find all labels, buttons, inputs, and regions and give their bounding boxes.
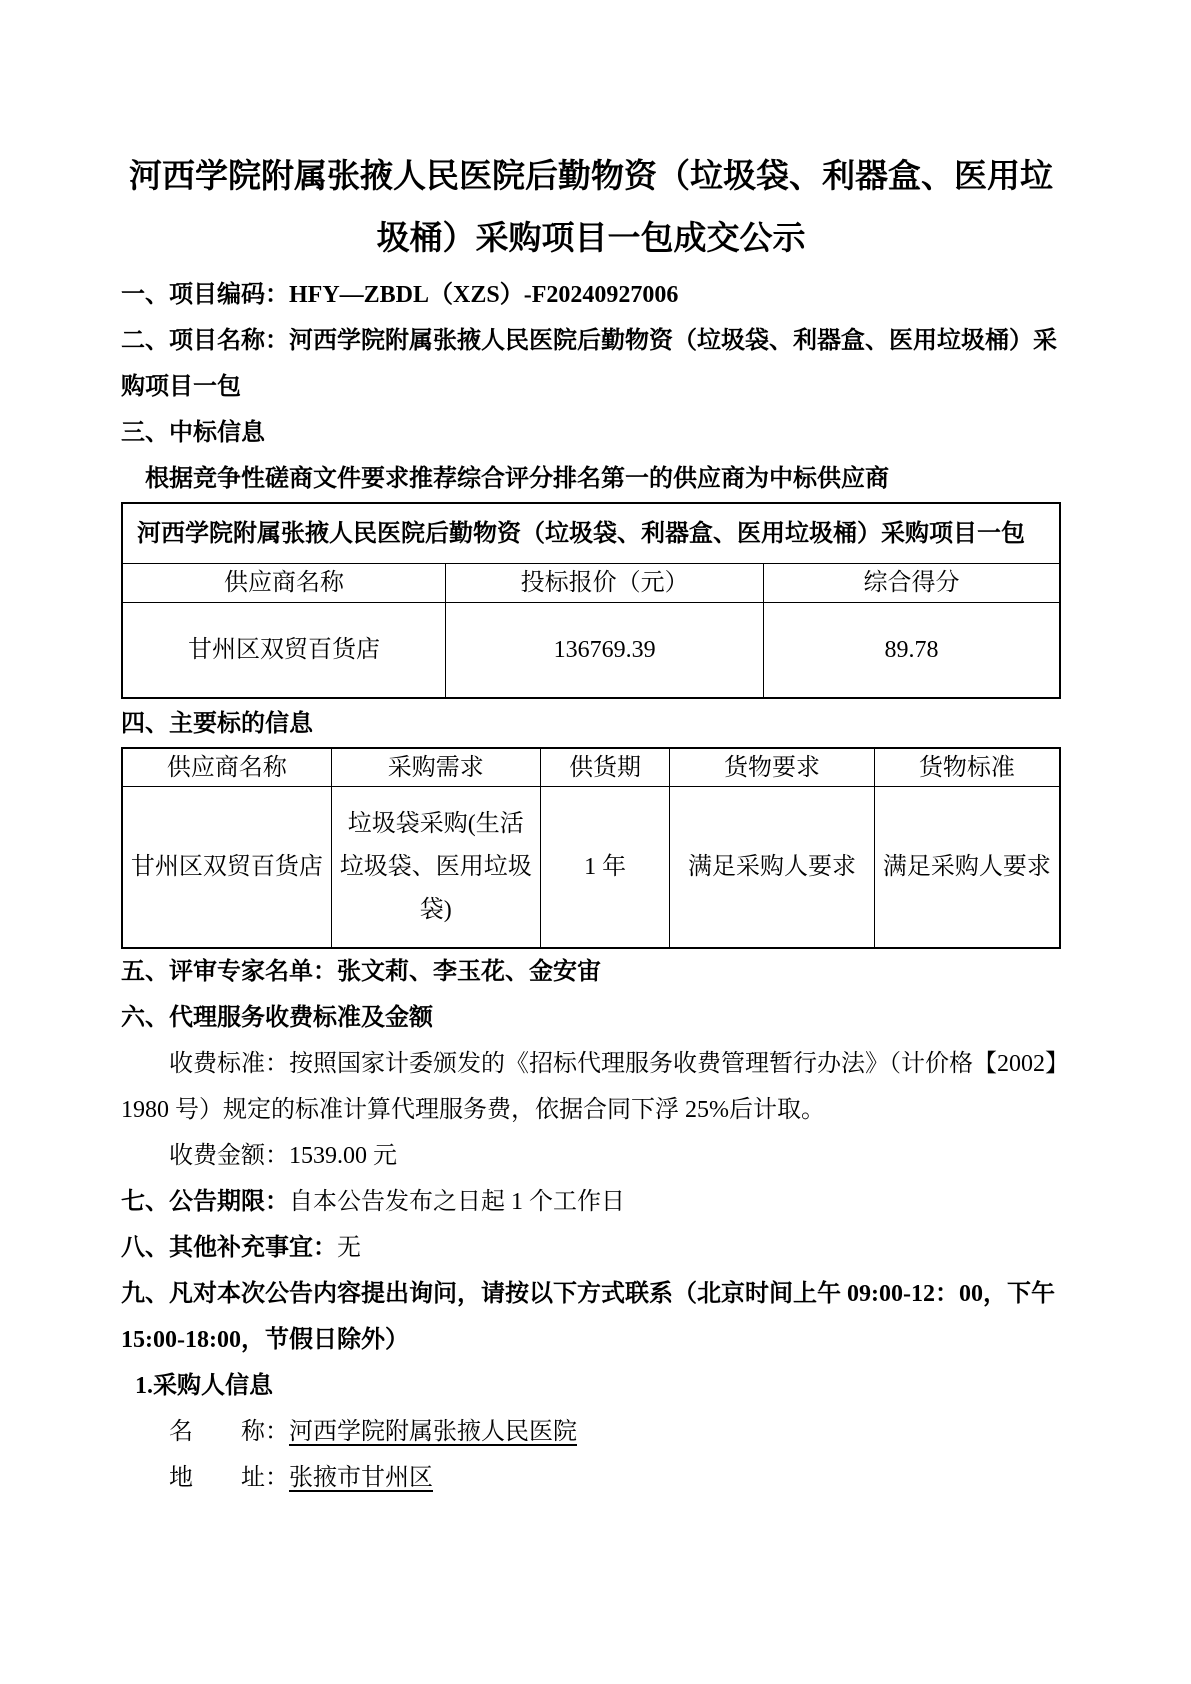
- subject-cell-demand: 垃圾袋采购(生活垃圾袋、医用垃圾袋): [331, 787, 540, 949]
- purchaser-address-label: 地 址：: [169, 1465, 289, 1491]
- subject-table-header-row: 供应商名称 采购需求 供货期 货物要求 货物标准: [122, 748, 1060, 787]
- section-project-code: 一、项目编码：HFY—ZBDL（XZS）-F20240927006: [121, 272, 1061, 318]
- experts-label: 五、评审专家名单：: [121, 959, 337, 985]
- section-other-matters: 八、其他补充事宜：无: [121, 1225, 1061, 1271]
- award-header-score: 综合得分: [764, 564, 1060, 603]
- other-matters-label: 八、其他补充事宜：: [121, 1235, 337, 1261]
- award-cell-supplier: 甘州区双贸百货店: [122, 603, 446, 699]
- award-table-row: 甘州区双贸百货店 136769.39 89.78: [122, 603, 1060, 699]
- purchaser-name-row: 名 称：河西学院附属张掖人民医院: [121, 1409, 1061, 1455]
- award-table: 河西学院附属张掖人民医院后勤物资（垃圾袋、利器盒、医用垃圾桶）采购项目一包 供应…: [121, 502, 1061, 699]
- announcement-period-value: 自本公告发布之日起 1 个工作日: [289, 1189, 625, 1215]
- subject-header-demand: 采购需求: [331, 748, 540, 787]
- section-subject-info-heading: 四、主要标的信息: [121, 701, 1061, 747]
- award-table-title: 河西学院附属张掖人民医院后勤物资（垃圾袋、利器盒、医用垃圾桶）采购项目一包: [122, 503, 1060, 564]
- project-code-label: 一、项目编码：: [121, 282, 289, 308]
- subject-cell-goods-requirement: 满足采购人要求: [670, 787, 874, 949]
- subject-cell-delivery-period: 1 年: [540, 787, 669, 949]
- subject-table: 供应商名称 采购需求 供货期 货物要求 货物标准 甘州区双贸百货店 垃圾袋采购(…: [121, 747, 1061, 949]
- agency-fee-standard: 收费标准：按照国家计委颁发的《招标代理服务收费管理暂行办法》（计价格【2002】…: [121, 1041, 1061, 1133]
- subject-header-goods-standard: 货物标准: [874, 748, 1060, 787]
- purchaser-address-value: 张掖市甘州区: [289, 1465, 433, 1491]
- award-header-bid-price: 投标报价（元）: [446, 564, 764, 603]
- section-announcement-period: 七、公告期限：自本公告发布之日起 1 个工作日: [121, 1179, 1061, 1225]
- subject-cell-goods-standard: 满足采购人要求: [874, 787, 1060, 949]
- award-basis-note: 根据竞争性磋商文件要求推荐综合评分排名第一的供应商为中标供应商: [121, 456, 1061, 502]
- agency-fee-amount: 收费金额：1539.00 元: [121, 1133, 1061, 1179]
- project-code-value: HFY—ZBDL（XZS）-F20240927006: [289, 282, 678, 308]
- page-title: 河西学院附属张掖人民医院后勤物资（垃圾袋、利器盒、医用垃圾桶）采购项目一包成交公…: [121, 146, 1061, 270]
- other-matters-value: 无: [337, 1235, 361, 1261]
- purchaser-name-label: 名 称：: [169, 1419, 289, 1445]
- subject-cell-supplier: 甘州区双贸百货店: [122, 787, 331, 949]
- award-table-title-row: 河西学院附属张掖人民医院后勤物资（垃圾袋、利器盒、医用垃圾桶）采购项目一包: [122, 503, 1060, 564]
- award-cell-score: 89.78: [764, 603, 1060, 699]
- section-project-name: 二、项目名称：河西学院附属张掖人民医院后勤物资（垃圾袋、利器盒、医用垃圾桶）采购…: [121, 318, 1061, 410]
- award-header-supplier: 供应商名称: [122, 564, 446, 603]
- section-contact-notice: 九、凡对本次公告内容提出询问，请按以下方式联系（北京时间上午 09:00-12：…: [121, 1271, 1061, 1363]
- section-agency-fee-heading: 六、代理服务收费标准及金额: [121, 995, 1061, 1041]
- subject-header-goods-requirement: 货物要求: [670, 748, 874, 787]
- subject-header-delivery-period: 供货期: [540, 748, 669, 787]
- award-cell-bid-price: 136769.39: [446, 603, 764, 699]
- project-name-label: 二、项目名称：: [121, 328, 289, 354]
- announcement-period-label: 七、公告期限：: [121, 1189, 289, 1215]
- purchaser-address-row: 地 址：张掖市甘州区: [121, 1455, 1061, 1501]
- subject-table-row: 甘州区双贸百货店 垃圾袋采购(生活垃圾袋、医用垃圾袋) 1 年 满足采购人要求 …: [122, 787, 1060, 949]
- experts-names: 张文莉、李玉花、金安宙: [337, 959, 601, 985]
- award-table-header-row: 供应商名称 投标报价（元） 综合得分: [122, 564, 1060, 603]
- subject-header-supplier: 供应商名称: [122, 748, 331, 787]
- section-experts: 五、评审专家名单：张文莉、李玉花、金安宙: [121, 949, 1061, 995]
- purchaser-name-value: 河西学院附属张掖人民医院: [289, 1419, 577, 1445]
- section-award-info-heading: 三、中标信息: [121, 410, 1061, 456]
- document-page: 河西学院附属张掖人民医院后勤物资（垃圾袋、利器盒、医用垃圾桶）采购项目一包成交公…: [0, 0, 1191, 1684]
- purchaser-info-heading: 1.采购人信息: [121, 1363, 1061, 1409]
